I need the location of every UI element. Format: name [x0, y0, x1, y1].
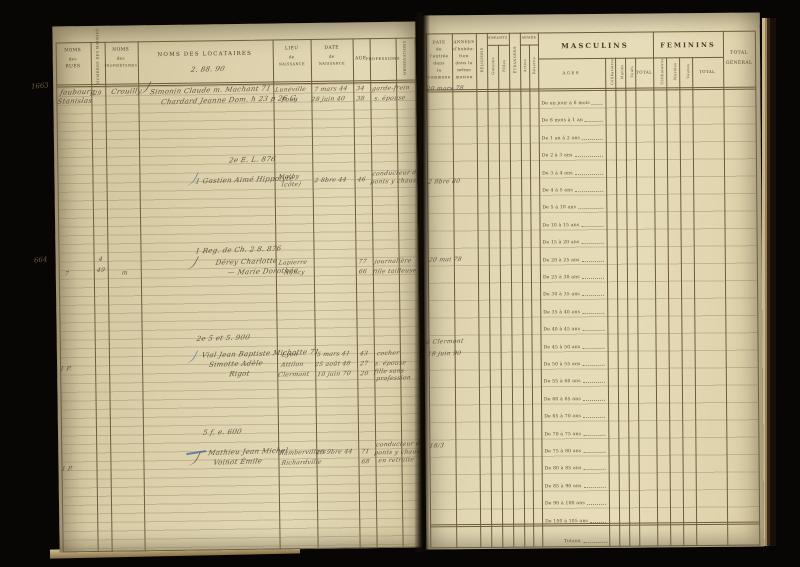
age-bracket-row: De 20 à 25 ans	[543, 246, 605, 263]
age-value: 34	[356, 85, 366, 92]
age-bracket-row: De un jour à 6 mois	[541, 90, 603, 107]
margin-folio-number: 1663	[31, 81, 49, 91]
col-header-maisons: NUMÉROS DES MAISONS	[96, 40, 101, 84]
dotted-leader	[583, 382, 605, 383]
handwritten-section-header: 5 f. e. 600	[202, 428, 242, 437]
col-header-professions: PROFESSIONS	[366, 56, 400, 61]
age-bracket-row: De 70 à 75 ans	[544, 420, 606, 437]
col-header-f-total: TOTAL	[699, 69, 715, 74]
dotted-leader	[582, 295, 604, 296]
dotted-leader	[583, 400, 605, 401]
ledger-scan: 1663 664 NOMS des RUES NUMÉROS DES MAISO…	[0, 0, 800, 567]
dotted-leader	[575, 156, 603, 157]
birthplace: Foug	[281, 96, 299, 104]
birthplace: Attilon	[280, 361, 304, 369]
col-header-entree: de	[436, 46, 442, 51]
birthdate: 28 juin 40	[311, 95, 346, 103]
dotted-leader	[587, 504, 606, 505]
col-header-observations: OBSERVATIONS	[403, 36, 408, 80]
margin-folio-number: 664	[34, 255, 48, 264]
col-header-proprietaires: PROPRIÉTAIRES	[104, 63, 137, 67]
age-bracket-label: De 20 à 25 ans	[543, 258, 580, 263]
right-page: DATE de l'entrée dans la commune ANNÉES …	[422, 13, 765, 550]
col-header-lieu: de	[289, 54, 295, 59]
dotted-leader	[582, 330, 604, 331]
age-bracket-row: De 15 à 20 ans	[543, 229, 605, 246]
col-header-proprietaires: NOMS	[112, 47, 129, 52]
age-value: 77	[358, 258, 368, 265]
dotted-leader	[583, 434, 605, 435]
age-bracket-label: De un jour à 6 mois	[541, 101, 589, 106]
age-bracket-row: De 90 à 100 ans	[545, 490, 607, 507]
age-bracket-row: De 35 à 40 ans	[543, 299, 605, 316]
profession: profession	[376, 374, 412, 382]
profession: journalière	[374, 257, 412, 265]
age-bracket-label: De 65 à 70 ans	[544, 414, 581, 419]
dotted-leader	[582, 313, 604, 314]
age-bracket-label: De 40 à 45 ans	[543, 327, 580, 332]
col-header-f-mariees: Mariées	[672, 49, 676, 93]
age-value: 43	[359, 350, 369, 357]
age-bracket-row: De 3 à 4 ans	[542, 159, 604, 176]
col-header-rues: RUES	[65, 64, 80, 69]
totals-row: Totaux	[564, 528, 608, 544]
entry-date-note: 18 juin 90	[427, 350, 462, 358]
col-header-habitation: dans la	[455, 60, 472, 65]
dotted-leader	[582, 260, 604, 261]
col-header-armee-reserve: Réserve	[531, 43, 535, 87]
dotted-leader	[575, 191, 603, 192]
age-bracket-label: De 75 à 80 ans	[544, 449, 581, 454]
age-bracket-row: De 1 an à 2 ans	[542, 125, 604, 142]
age-bracket-row: De 80 à 85 ans	[545, 455, 607, 472]
age-bracket-label: De 3 à 4 ans	[542, 171, 573, 176]
age-bracket-row: De 100 à 105 ans	[545, 507, 607, 524]
age-value: 46	[357, 176, 367, 183]
age-bracket-label: De 2 à 3 ans	[542, 153, 573, 158]
age-bracket-label: De 50 à 55 ans	[544, 362, 581, 367]
col-header-entree: la	[437, 67, 442, 72]
col-header-habitation: ANNÉES	[453, 39, 474, 44]
col-header-entree: l'entrée	[430, 53, 449, 58]
age-bracket-label: De 100 à 105 ans	[545, 519, 588, 524]
col-header-total-general: GÉNÉRAL	[726, 61, 753, 66]
age-bracket-label: De 10 à 15 ans	[542, 223, 579, 228]
age-bracket-label: De 30 à 35 ans	[543, 293, 580, 298]
age-value: 20	[360, 370, 370, 377]
birthplace: Clermont	[278, 371, 310, 379]
col-header-m-celibataires: Célibataires	[610, 50, 614, 94]
profession: s. épouse	[374, 359, 406, 367]
col-header-etrangers: ÉTRANGERS	[512, 38, 516, 82]
age-bracket-label: De 35 à 40 ans	[543, 310, 580, 315]
dotted-leader	[583, 542, 608, 543]
page-stack-right-edge	[762, 18, 776, 546]
entry-date-note: 20 mai 78	[428, 256, 462, 264]
age-bracket-label: De 45 à 50 ans	[544, 345, 581, 350]
col-header-habitation: maison	[456, 74, 473, 79]
age-bracket-row: De 25 à 30 ans	[543, 264, 605, 281]
col-header-rues: des	[69, 56, 77, 61]
dotted-leader	[582, 347, 604, 348]
profession: s. épouse	[374, 94, 406, 102]
birthdate: 2 8bre 44	[314, 176, 347, 184]
profession: fille tailleuse	[372, 267, 417, 275]
birthdate: 10 juin 70	[317, 370, 352, 378]
col-header-habitation: même	[457, 67, 471, 72]
col-header-religions: RELIGIONS	[479, 38, 483, 82]
age-bracket-label: De 80 à 85 ans	[545, 466, 582, 471]
birthdate: 29 9bre 44	[316, 448, 354, 456]
birthplace: Mathy	[278, 173, 300, 181]
col-header-m-total: TOTAL	[636, 69, 652, 74]
age-bracket-row: De 10 à 15 ans	[542, 212, 604, 229]
dotted-leader	[584, 487, 606, 488]
dotted-leader	[583, 365, 605, 366]
col-header-rues: NOMS	[64, 48, 81, 53]
age-bracket-label: De 1 an à 2 ans	[542, 136, 580, 141]
birthplace: Lunéville	[275, 86, 307, 94]
owner-name: Crouilly	[110, 87, 142, 96]
birthplace: Richardville	[281, 458, 323, 466]
profession: en retraite	[378, 456, 415, 464]
age-bracket-row: De 4 à 5 ans	[542, 177, 604, 194]
age-bracket-row: De 30 à 35 ans	[543, 281, 605, 298]
profession: garde-frein	[372, 84, 411, 92]
age-bracket-row: De 65 à 70 ans	[544, 403, 606, 420]
page-stack-left-edge	[12, 26, 57, 550]
street-name: Stanislas	[57, 97, 93, 106]
col-header-filles: Filles	[501, 44, 505, 88]
age-bracket-label: De 60 à 65 ans	[544, 397, 581, 402]
house-number: 49	[96, 267, 106, 274]
age-value: 71	[361, 448, 371, 455]
dotted-leader	[581, 226, 603, 227]
birthplace: (côte)	[281, 181, 302, 189]
col-header-f-veuves: Veuves	[685, 49, 689, 93]
age-bracket-row: De 45 à 50 ans	[543, 333, 605, 350]
street-name: faubourg	[59, 88, 95, 97]
group-header-feminins: FEMININS	[660, 41, 716, 49]
dotted-leader	[583, 469, 605, 470]
col-header-m-maries: Mariés	[620, 50, 624, 94]
left-page: NOMS des RUES NUMÉROS DES MAISONS NOMS d…	[52, 21, 422, 552]
age-bracket-label: De 6 mois à 1 an	[542, 118, 583, 123]
group-header-armee: ARMÉE	[522, 35, 537, 39]
dotted-leader	[583, 417, 605, 418]
col-header-lieu: LIEU	[285, 46, 299, 51]
age-bracket-label: De 5 à 10 ans	[542, 206, 576, 211]
age-bracket-label: De 4 à 5 ans	[542, 188, 573, 193]
col-header-date: DATE	[324, 46, 339, 51]
col-header-armee-active: Active	[522, 44, 526, 88]
tenant-name: Rigot	[228, 370, 250, 379]
birthplace: Lyon	[281, 351, 298, 359]
age-bracket-label: De 55 à 60 ans	[544, 380, 581, 385]
age-bracket-row: De 60 à 65 ans	[544, 386, 606, 403]
book-gutter	[414, 12, 430, 552]
col-header-garcons: Garçons	[490, 44, 494, 88]
col-header-habitation: tion	[459, 53, 469, 58]
birthplace: Nancy	[283, 269, 305, 277]
age-bracket-label: De 70 à 75 ans	[544, 432, 581, 437]
col-header-habitation: d'habita-	[453, 46, 474, 51]
birthdate: 7 mars 44	[314, 85, 349, 93]
entry-date-note: 2 8bre 80	[427, 178, 460, 186]
house-number: 29	[93, 90, 103, 97]
age-bracket-label: De 90 à 100 ans	[545, 501, 585, 506]
dotted-leader	[578, 208, 603, 209]
age-value: 68	[361, 458, 371, 465]
age-value: 27	[359, 360, 369, 367]
age-bracket-row: De 85 à 90 ans	[545, 473, 607, 490]
entry-date-note: 18/3	[429, 442, 445, 449]
age-bracket-row: De 40 à 45 ans	[543, 316, 605, 333]
dotted-leader	[590, 521, 606, 522]
margin-mark: 1 P.	[61, 465, 74, 472]
age-bracket-label: De 15 à 20 ans	[543, 240, 580, 245]
totals-label: Totaux	[564, 539, 581, 544]
age-bracket-label: De 25 à 30 ans	[543, 275, 580, 280]
dotted-leader	[575, 174, 603, 175]
group-header-enfants: ENFANTS	[488, 36, 507, 40]
col-header-lieu: NAISSANCE	[279, 62, 305, 66]
dotted-leader	[583, 452, 605, 453]
col-header-entree: DATE	[432, 39, 445, 44]
profession: cocher	[376, 350, 400, 358]
handwritten-section-header: 2e E. L. 876	[228, 155, 276, 164]
age-bracket-row: De 5 à 10 ans	[542, 194, 604, 211]
age-bracket-row: De 2 à 3 ans	[542, 142, 604, 159]
age-value: 38	[356, 95, 366, 102]
col-header-m-veufs: Veufs	[630, 50, 634, 94]
dotted-leader	[582, 278, 604, 279]
dotted-leader	[582, 139, 603, 140]
col-header-total-general: TOTAL	[730, 51, 748, 56]
age-bracket-row: De 6 mois à 1 an	[541, 107, 603, 124]
col-header-proprietaires: des	[117, 56, 125, 61]
col-header-entree: dans	[433, 60, 444, 65]
col-header-date: NAISSANCE	[319, 61, 345, 65]
tenant-name: Voinot Émile	[213, 457, 263, 467]
dotted-leader	[585, 121, 603, 122]
age-bracket-row: De 55 à 60 ans	[544, 368, 606, 385]
birthdate: 25 août 48	[314, 360, 351, 368]
dotted-leader	[581, 243, 603, 244]
handwritten-section-note: 2. 88. 90	[190, 65, 225, 74]
birthplace: Lapierre	[278, 259, 308, 267]
col-header-f-celibataires: Célibataires	[659, 49, 663, 93]
age-bracket-row: De 75 à 80 ans	[544, 438, 606, 455]
birthdate: 5 mars 41	[316, 350, 351, 358]
age-value: 66	[358, 268, 368, 275]
entry-date-note: à Clermont	[426, 338, 464, 346]
col-header-entree: commune	[428, 74, 451, 79]
margin-mark: 1 P.	[59, 365, 72, 372]
col-header-date: de	[329, 54, 335, 59]
col-header-ages: AGES	[562, 70, 580, 75]
group-header-masculins: MASCULINS	[561, 41, 629, 51]
entry-date-note: 20 mars 78	[426, 85, 465, 93]
age-bracket-label: De 85 à 90 ans	[545, 484, 582, 489]
dotted-leader	[592, 104, 603, 105]
age-bracket-row: De 50 à 55 ans	[544, 351, 606, 368]
